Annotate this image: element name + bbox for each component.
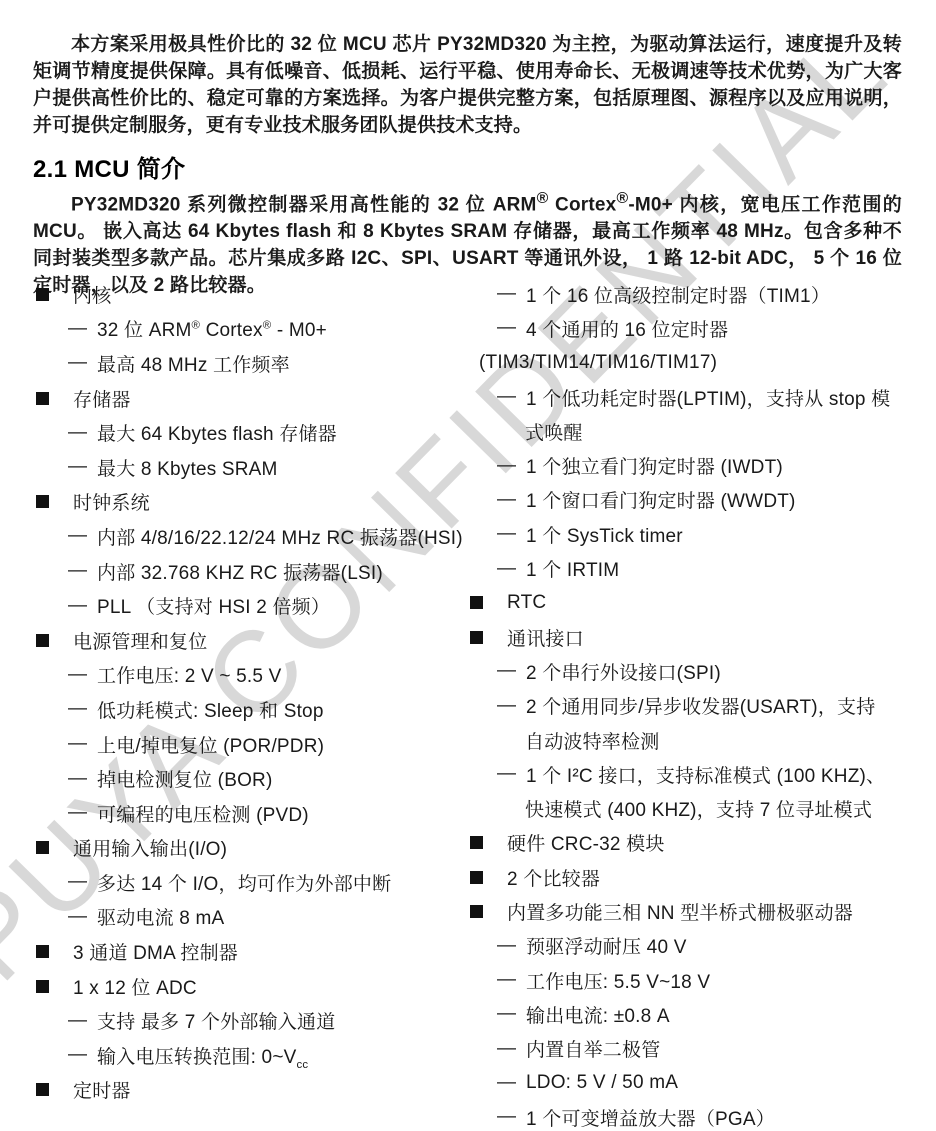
feature-item: —预驱浮动耐压 40 V	[470, 929, 932, 963]
dash-bullet-icon: —	[68, 1044, 87, 1066]
feature-item-text: 电源管理和复位	[73, 627, 207, 654]
feature-item: —驱动电流 8 mA	[36, 900, 466, 935]
feature-item: (TIM3/TIM14/TIM16/TIM17)	[470, 346, 932, 380]
feature-item: —LDO: 5 V / 50 mA	[470, 1066, 932, 1100]
square-bullet-icon	[36, 634, 49, 647]
feature-item-text: 支持 最多 7 个外部输入通道	[97, 1007, 335, 1034]
feature-item-text: PLL （支持对 HSI 2 倍频）	[97, 592, 330, 619]
square-bullet-icon	[36, 495, 49, 508]
dash-bullet-icon: —	[68, 318, 87, 340]
dash-bullet-icon: —	[68, 456, 87, 478]
feature-item: —输入电压转换范围: 0~Vcc	[36, 1038, 466, 1073]
feature-item-text: 预驱浮动耐压 40 V	[526, 932, 687, 959]
dash-bullet-icon: —	[68, 768, 87, 790]
feature-item: —2 个通用同步/异步收发器(USART)，支持	[470, 689, 932, 723]
intro-paragraph: 本方案采用极具性价比的 32 位 MCU 芯片 PY32MD320 为主控，为驱…	[33, 31, 902, 139]
feature-item-text: 3 通道 DMA 控制器	[73, 938, 238, 965]
feature-item: RTC	[470, 586, 932, 620]
feature-item: —1 个 16 位高级控制定时器（TIM1）	[470, 277, 932, 311]
feature-item-text: 工作电压: 5.5 V~18 V	[526, 967, 710, 994]
feature-item-text: 2 个通用同步/异步收发器(USART)，支持	[526, 692, 875, 719]
feature-item: —输出电流: ±0.8 A	[470, 997, 932, 1031]
feature-item: 自动波特率检测	[470, 723, 932, 757]
dash-bullet-icon: —	[68, 595, 87, 617]
feature-item: —低功耗模式: Sleep 和 Stop	[36, 692, 466, 727]
feature-item-text: 通讯接口	[507, 624, 584, 651]
feature-item-text: 1 个窗口看门狗定时器 (WWDT)	[526, 486, 796, 513]
feature-item-text: 2 个串行外设接口(SPI)	[526, 658, 721, 685]
dash-bullet-icon: —	[497, 935, 516, 957]
feature-item-text: 内核	[73, 281, 111, 308]
feature-item: —1 个低功耗定时器(LPTIM)，支持从 stop 模	[470, 380, 932, 414]
square-bullet-icon	[36, 288, 49, 301]
dash-bullet-icon: —	[497, 695, 516, 717]
square-bullet-icon	[36, 841, 49, 854]
feature-item: —1 个独立看门狗定时器 (IWDT)	[470, 448, 932, 482]
feature-item: 3 通道 DMA 控制器	[36, 934, 466, 969]
feature-item: —1 个 IRTIM	[470, 551, 932, 585]
dash-bullet-icon: —	[68, 698, 87, 720]
feature-item: 存储器	[36, 381, 466, 416]
dash-bullet-icon: —	[497, 386, 516, 408]
section-heading: 2.1 MCU 简介	[33, 149, 185, 184]
feature-item: —多达 14 个 I/O，均可作为外部中断	[36, 865, 466, 900]
feature-item-text: LDO: 5 V / 50 mA	[526, 1072, 678, 1094]
feature-item-text: 自动波特率检测	[525, 727, 659, 754]
feature-item: —内置自举二极管	[470, 1032, 932, 1066]
feature-item-text: 通用输入输出(I/O)	[73, 834, 227, 861]
feature-item-text: 内置自举二极管	[526, 1035, 660, 1062]
feature-item: 硬件 CRC-32 模块	[470, 826, 932, 860]
square-bullet-icon	[36, 1083, 49, 1096]
square-bullet-icon	[470, 631, 483, 644]
feature-item-text: RTC	[507, 592, 546, 614]
feature-item-text: 4 个通用的 16 位定时器	[526, 315, 728, 342]
feature-item-text: 1 个可变增益放大器（PGA）	[526, 1104, 775, 1131]
feature-item: —1 个 SysTick timer	[470, 517, 932, 551]
square-bullet-icon	[470, 596, 483, 609]
feature-item: 快速模式 (400 KHZ)，支持 7 位寻址模式	[470, 791, 932, 825]
feature-item-text: 多达 14 个 I/O，均可作为外部中断	[97, 869, 391, 896]
feature-item-text: 硬件 CRC-32 模块	[507, 829, 665, 856]
feature-item-text: 存储器	[73, 385, 131, 412]
feature-item-text: 2 个比较器	[507, 864, 600, 891]
feature-item: 式唤醒	[470, 414, 932, 448]
feature-item: —工作电压: 5.5 V~18 V	[470, 963, 932, 997]
feature-item-text: 低功耗模式: Sleep 和 Stop	[97, 696, 324, 723]
dash-bullet-icon: —	[497, 1038, 516, 1060]
dash-bullet-icon: —	[68, 802, 87, 824]
dash-bullet-icon: —	[497, 1106, 516, 1128]
dash-bullet-icon: —	[68, 525, 87, 547]
feature-item: —1 个可变增益放大器（PGA）	[470, 1100, 932, 1131]
feature-item: —1 个窗口看门狗定时器 (WWDT)	[470, 483, 932, 517]
feature-item: 定时器	[36, 1073, 466, 1108]
dash-bullet-icon: —	[497, 660, 516, 682]
feature-item-text: 最高 48 MHz 工作频率	[97, 350, 290, 377]
dash-bullet-icon: —	[497, 523, 516, 545]
feature-item: —支持 最多 7 个外部输入通道	[36, 1003, 466, 1038]
dash-bullet-icon: —	[68, 422, 87, 444]
dash-bullet-icon: —	[497, 1003, 516, 1025]
feature-item-text: 输出电流: ±0.8 A	[526, 1001, 670, 1028]
feature-item: —可编程的电压检测 (PVD)	[36, 796, 466, 831]
dash-bullet-icon: —	[497, 455, 516, 477]
feature-item: —最高 48 MHz 工作频率	[36, 346, 466, 381]
feature-item: —上电/掉电复位 (POR/PDR)	[36, 727, 466, 762]
feature-item: —内部 32.768 KHZ RC 振荡器(LSI)	[36, 554, 466, 589]
dash-bullet-icon: —	[497, 1072, 516, 1094]
feature-item: —4 个通用的 16 位定时器	[470, 311, 932, 345]
dash-bullet-icon: —	[497, 489, 516, 511]
feature-item-text: 快速模式 (400 KHZ)，支持 7 位寻址模式	[525, 795, 872, 822]
dash-bullet-icon: —	[68, 560, 87, 582]
dash-bullet-icon: —	[68, 1010, 87, 1032]
feature-item: 内核	[36, 277, 466, 312]
feature-item-text: 掉电检测复位 (BOR)	[97, 765, 273, 792]
feature-item-text: 1 个 IRTIM	[526, 555, 619, 582]
feature-item-text: 最大 64 Kbytes flash 存储器	[97, 419, 337, 446]
feature-item-text: 1 个低功耗定时器(LPTIM)，支持从 stop 模	[526, 384, 890, 411]
document-page: PUYA CONFIDENTIAL 本方案采用极具性价比的 32 位 MCU 芯…	[0, 0, 936, 1131]
feature-item-text: 1 个 I²C 接口，支持标准模式 (100 KHZ)、	[526, 761, 885, 788]
feature-item-text: 内部 32.768 KHZ RC 振荡器(LSI)	[97, 558, 383, 585]
feature-item: 1 x 12 位 ADC	[36, 969, 466, 1004]
feature-item: —PLL （支持对 HSI 2 倍频）	[36, 588, 466, 623]
feature-item: 2 个比较器	[470, 860, 932, 894]
square-bullet-icon	[470, 905, 483, 918]
feature-item-text: 内部 4/8/16/22.12/24 MHz RC 振荡器(HSI)	[97, 523, 463, 550]
dash-bullet-icon: —	[68, 733, 87, 755]
feature-item: —内部 4/8/16/22.12/24 MHz RC 振荡器(HSI)	[36, 519, 466, 554]
feature-item: 通用输入输出(I/O)	[36, 831, 466, 866]
square-bullet-icon	[470, 836, 483, 849]
square-bullet-icon	[36, 945, 49, 958]
square-bullet-icon	[36, 392, 49, 405]
dash-bullet-icon: —	[497, 558, 516, 580]
dash-bullet-icon: —	[68, 664, 87, 686]
feature-item-text: 32 位 ARM® Cortex® - M0+	[97, 315, 327, 342]
feature-item: 时钟系统	[36, 485, 466, 520]
feature-item-text: 1 x 12 位 ADC	[73, 973, 197, 1000]
feature-item-text: 输入电压转换范围: 0~Vcc	[97, 1042, 308, 1069]
feature-item: 通讯接口	[470, 620, 932, 654]
feature-item-text: 1 个独立看门狗定时器 (IWDT)	[526, 452, 783, 479]
feature-item-text: 最大 8 Kbytes SRAM	[97, 454, 278, 481]
dash-bullet-icon: —	[497, 317, 516, 339]
feature-item: 内置多功能三相 NN 型半桥式栅极驱动器	[470, 894, 932, 928]
feature-item: —32 位 ARM® Cortex® - M0+	[36, 312, 466, 347]
feature-item: —1 个 I²C 接口，支持标准模式 (100 KHZ)、	[470, 757, 932, 791]
dash-bullet-icon: —	[497, 763, 516, 785]
feature-item: —掉电检测复位 (BOR)	[36, 761, 466, 796]
dash-bullet-icon: —	[68, 352, 87, 374]
dash-bullet-icon: —	[68, 871, 87, 893]
feature-item-text: 定时器	[73, 1076, 131, 1103]
square-bullet-icon	[470, 871, 483, 884]
feature-item-text: 可编程的电压检测 (PVD)	[97, 800, 309, 827]
square-bullet-icon	[36, 980, 49, 993]
feature-item-text: 1 个 16 位高级控制定时器（TIM1）	[526, 281, 830, 308]
feature-item-text: 1 个 SysTick timer	[526, 521, 683, 548]
feature-item: —最大 8 Kbytes SRAM	[36, 450, 466, 485]
feature-item-text: 工作电压: 2 V ~ 5.5 V	[97, 661, 282, 688]
feature-item: —工作电压: 2 V ~ 5.5 V	[36, 658, 466, 693]
dash-bullet-icon: —	[497, 969, 516, 991]
feature-list-left-column: 内核—32 位 ARM® Cortex® - M0+—最高 48 MHz 工作频…	[36, 277, 466, 1107]
feature-item: —最大 64 Kbytes flash 存储器	[36, 415, 466, 450]
feature-list-right-column: —1 个 16 位高级控制定时器（TIM1）—4 个通用的 16 位定时器(TI…	[470, 277, 932, 1131]
dash-bullet-icon: —	[497, 283, 516, 305]
feature-item-text: 驱动电流 8 mA	[97, 903, 224, 930]
feature-item-text: 内置多功能三相 NN 型半桥式栅极驱动器	[507, 898, 853, 925]
feature-item-text: 时钟系统	[73, 488, 150, 515]
feature-item: —2 个串行外设接口(SPI)	[470, 654, 932, 688]
dash-bullet-icon: —	[68, 906, 87, 928]
feature-item-text: 式唤醒	[525, 418, 583, 445]
feature-item-text: 上电/掉电复位 (POR/PDR)	[97, 731, 324, 758]
feature-item: 电源管理和复位	[36, 623, 466, 658]
feature-item-text: (TIM3/TIM14/TIM16/TIM17)	[479, 352, 717, 374]
